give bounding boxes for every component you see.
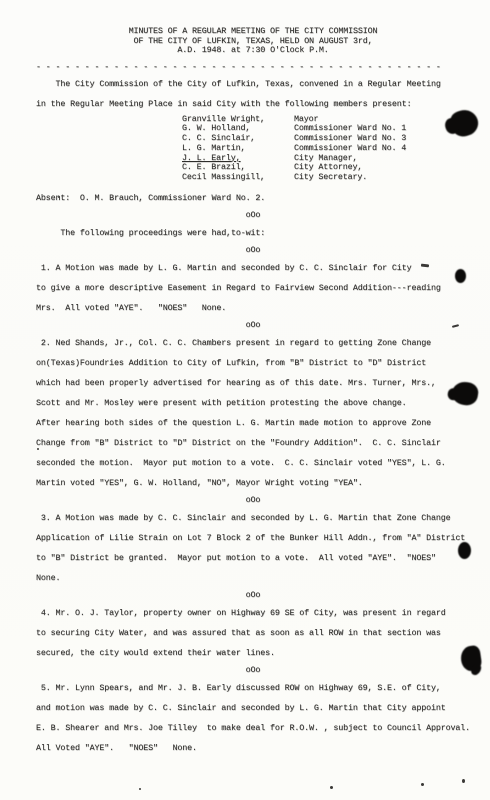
item-line: E. B. Shearer and Mrs. Joe Tilley to mak… (36, 718, 470, 738)
divider-dashed-line: - - - - - - - - - - - - - - - - - - - - … (36, 63, 470, 72)
section-separator: oOo (36, 243, 470, 258)
section-separator: oOo (36, 208, 470, 223)
item-line: on(Texas)Foundries Addition to City of L… (36, 353, 470, 373)
ink-blob-artifact (455, 269, 466, 283)
item-line: 1. A Motion was made by L. G. Martin and… (36, 258, 470, 278)
header-line-3: A.D. 1948. at 7:30 O'Clock P.M. (36, 46, 470, 56)
scan-speck-artifact (421, 783, 424, 786)
item-line: Change from "B" District to "D" District… (36, 433, 470, 453)
item-line: to securing City Water, and was assured … (36, 623, 470, 643)
scan-speck-artifact (58, 196, 60, 198)
section-separator: oOo (36, 588, 470, 603)
intro-paragraph: The City Commission of the City of Lufki… (36, 74, 470, 114)
minute-item-1: 1. A Motion was made by L. G. Martin and… (36, 258, 470, 318)
ink-blob-artifact (458, 542, 471, 559)
item-line: None. (36, 568, 470, 588)
scan-speck-artifact (139, 788, 141, 790)
item-line: 2. Ned Shands, Jr., Col. C. C. Chambers … (36, 333, 470, 353)
item-line: and motion was made by C. C. Sinclair an… (36, 698, 470, 718)
scan-speck-artifact (462, 779, 465, 783)
scan-speck-artifact (330, 786, 333, 789)
item-line: which had been properly advertised for h… (36, 373, 470, 393)
item-line: Scott and Mr. Mosley were present with p… (36, 393, 470, 413)
member-row: Cecil Massingill, City Secretary. (182, 173, 470, 183)
item-line: All Voted "AYE". "NOES" None. (36, 738, 470, 758)
item-line: 3. A Motion was made by C. C. Sinclair a… (36, 508, 470, 528)
intro-line: The City Commission of the City of Lufki… (36, 74, 470, 94)
item-line: seconded the motion. Mayor put motion to… (36, 453, 470, 473)
item-line: to give a more descriptive Easement in R… (36, 278, 470, 298)
item-line: to "B" District be granted. Mayor put mo… (36, 548, 470, 568)
section-separator: oOo (36, 663, 470, 678)
minute-item-3: 3. A Motion was made by C. C. Sinclair a… (36, 508, 470, 588)
member-name: Cecil Massingill, (182, 173, 294, 183)
document-header: MINUTES OF A REGULAR MEETING OF THE CITY… (36, 27, 470, 56)
item-line: Application of Lilie Strain on Lot 7 Blo… (36, 528, 470, 548)
item-line: secured, the city would extend their wat… (36, 643, 470, 663)
item-line: 4. Mr. O. J. Taylor, property owner on H… (36, 603, 470, 623)
intro-line: in the Regular Meeting Place in said Cit… (36, 94, 470, 114)
members-present-list: Granville Wright, Mayor G. W. Holland, C… (182, 115, 470, 183)
item-line: After hearing both sides of the question… (36, 413, 470, 433)
absent-line: Absent: O. M. Brauch, Commissioner Ward … (36, 188, 470, 208)
item-line: Martin voted "YES", G. W. Holland, "NO",… (36, 473, 470, 493)
scan-speck-artifact (37, 448, 39, 450)
item-line: 5. Mr. Lynn Spears, and Mr. J. B. Early … (36, 678, 470, 698)
scanned-document-page: MINUTES OF A REGULAR MEETING OF THE CITY… (0, 0, 490, 800)
item-line: Mrs. All voted "AYE". "NOES" None. (36, 298, 470, 318)
member-title: City Secretary. (294, 173, 367, 183)
minute-item-4: 4. Mr. O. J. Taylor, property owner on H… (36, 603, 470, 663)
section-separator: oOo (36, 318, 470, 333)
section-separator: oOo (36, 493, 470, 508)
minute-item-2: 2. Ned Shands, Jr., Col. C. C. Chambers … (36, 333, 470, 493)
minute-item-5: 5. Mr. Lynn Spears, and Mr. J. B. Early … (36, 678, 470, 758)
proceedings-line: The following proceedings were had,to-wi… (36, 223, 470, 243)
